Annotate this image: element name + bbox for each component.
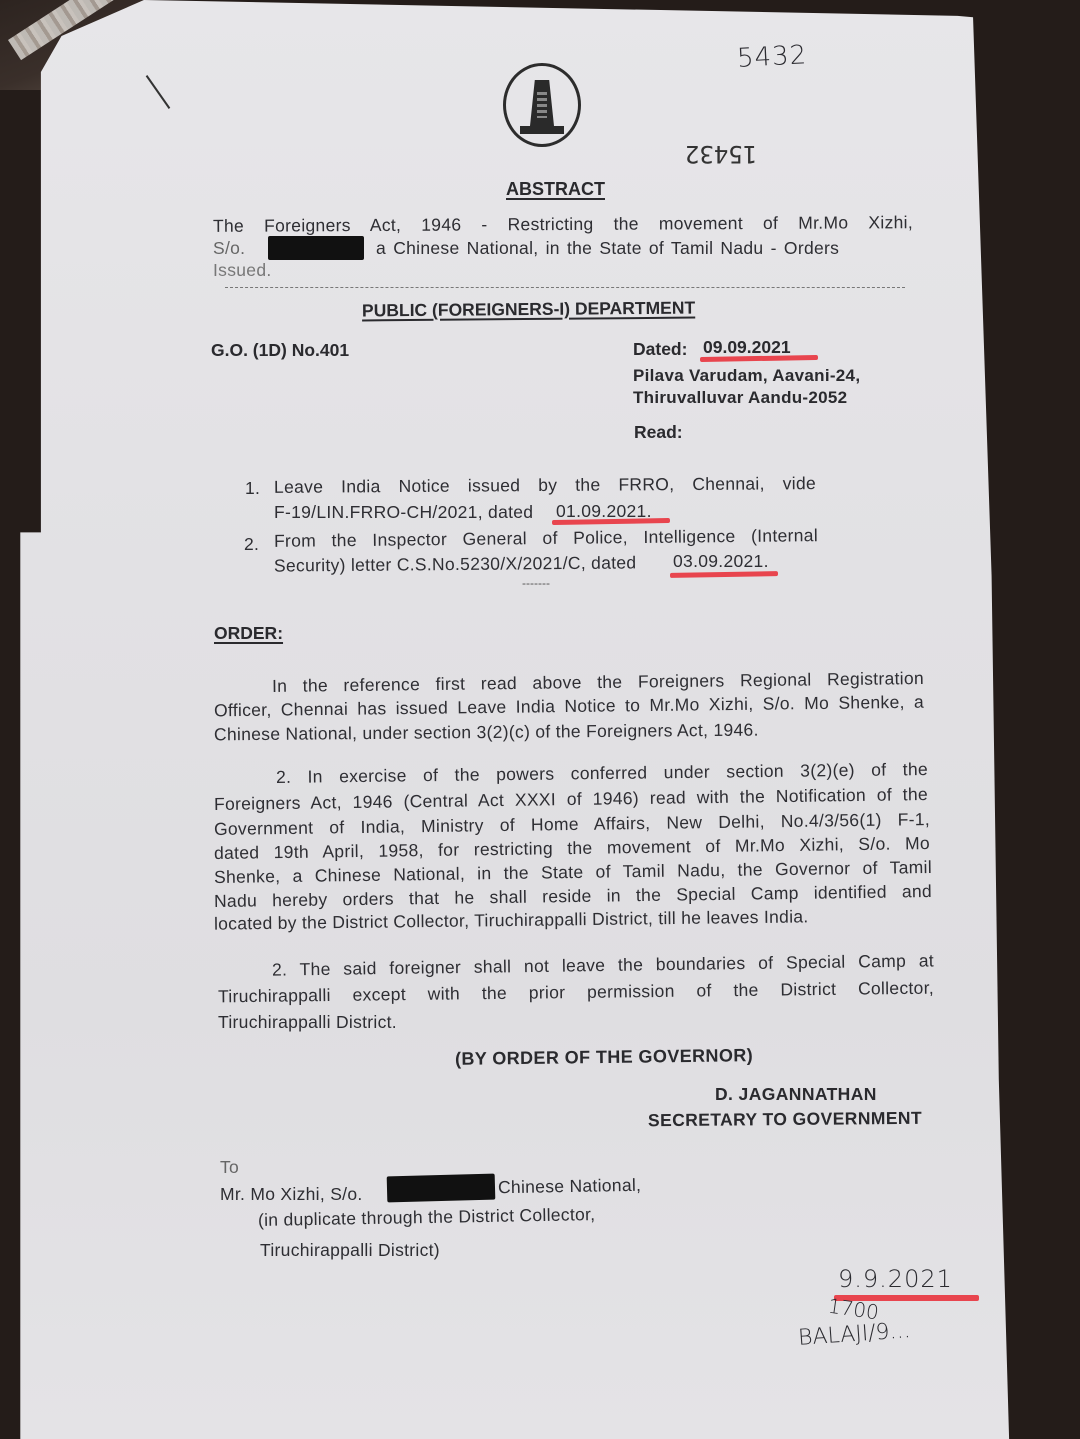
pen-mark: [146, 75, 171, 109]
stamped-number: 15432: [685, 140, 757, 168]
gopuram-icon: [530, 80, 554, 126]
paragraph-3-line-3: Tiruchirappalli District.: [218, 1010, 397, 1035]
emblem-base: [520, 126, 564, 134]
reference-1-line-2: F-19/LIN.FRRO-CH/2021, dated: [274, 500, 533, 525]
highlight-underline: [670, 571, 778, 578]
separator: -------: [522, 576, 550, 590]
reference-2-number: 2.: [244, 532, 259, 557]
tamil-nadu-emblem-icon: [503, 63, 581, 147]
read-label: Read:: [634, 422, 683, 443]
abstract-line-3: Issued.: [213, 258, 272, 283]
reference-1-number: 1.: [245, 476, 260, 501]
addressee-line-3: Tiruchirappalli District): [260, 1238, 440, 1263]
redaction-box: [268, 236, 364, 260]
dated-label: Dated:: [633, 339, 687, 360]
abstract-line-1: The Foreigners Act, 1946 - Restricting t…: [213, 210, 913, 239]
tamil-date-line-2: Thiruvalluvar Aandu-2052: [633, 388, 847, 408]
tamil-date-line-1: Pilava Varudam, Aavani-24,: [633, 366, 860, 386]
addressee-line-2: (in duplicate through the District Colle…: [258, 1202, 596, 1233]
handwritten-file-number: 5432: [736, 40, 808, 74]
divider: [225, 287, 905, 289]
paragraph-1-line-3: Chinese National, under section 3(2)(c) …: [214, 718, 759, 748]
redaction-box: [387, 1174, 496, 1203]
signatory-title: SECRETARY TO GOVERNMENT: [648, 1108, 922, 1131]
reference-2-date: 03.09.2021.: [673, 549, 769, 574]
abstract-line-2: a Chinese National, in the State of Tami…: [376, 236, 886, 261]
signatory-name: D. JAGANNATHAN: [715, 1084, 877, 1105]
addressee-line-1-suffix: Chinese National,: [498, 1173, 642, 1200]
addressee-line-1: Mr. Mo Xizhi, S/o.: [220, 1182, 363, 1207]
by-order-line: (BY ORDER OF THE GOVERNOR): [455, 1045, 753, 1070]
reference-1-line-1: Leave India Notice issued by the FRRO, C…: [274, 471, 816, 500]
order-heading: ORDER:: [214, 623, 283, 644]
highlight-underline: [700, 355, 818, 362]
reference-2-line-2: Security) letter C.S.No.5230/X/2021/C, d…: [274, 550, 637, 578]
department-heading: PUBLIC (FOREIGNERS-I) DEPARTMENT: [362, 298, 695, 322]
handwritten-receipt-date: 9.9.2021: [838, 1265, 953, 1293]
to-label: To: [220, 1155, 239, 1180]
abstract-heading: ABSTRACT: [506, 179, 605, 200]
go-number: G.O. (1D) No.401: [211, 340, 349, 361]
government-order-document: 5432 15432 ABSTRACT The Foreigners Act, …: [0, 0, 1080, 1439]
handwritten-signature: BALAJI/9...: [797, 1318, 911, 1351]
